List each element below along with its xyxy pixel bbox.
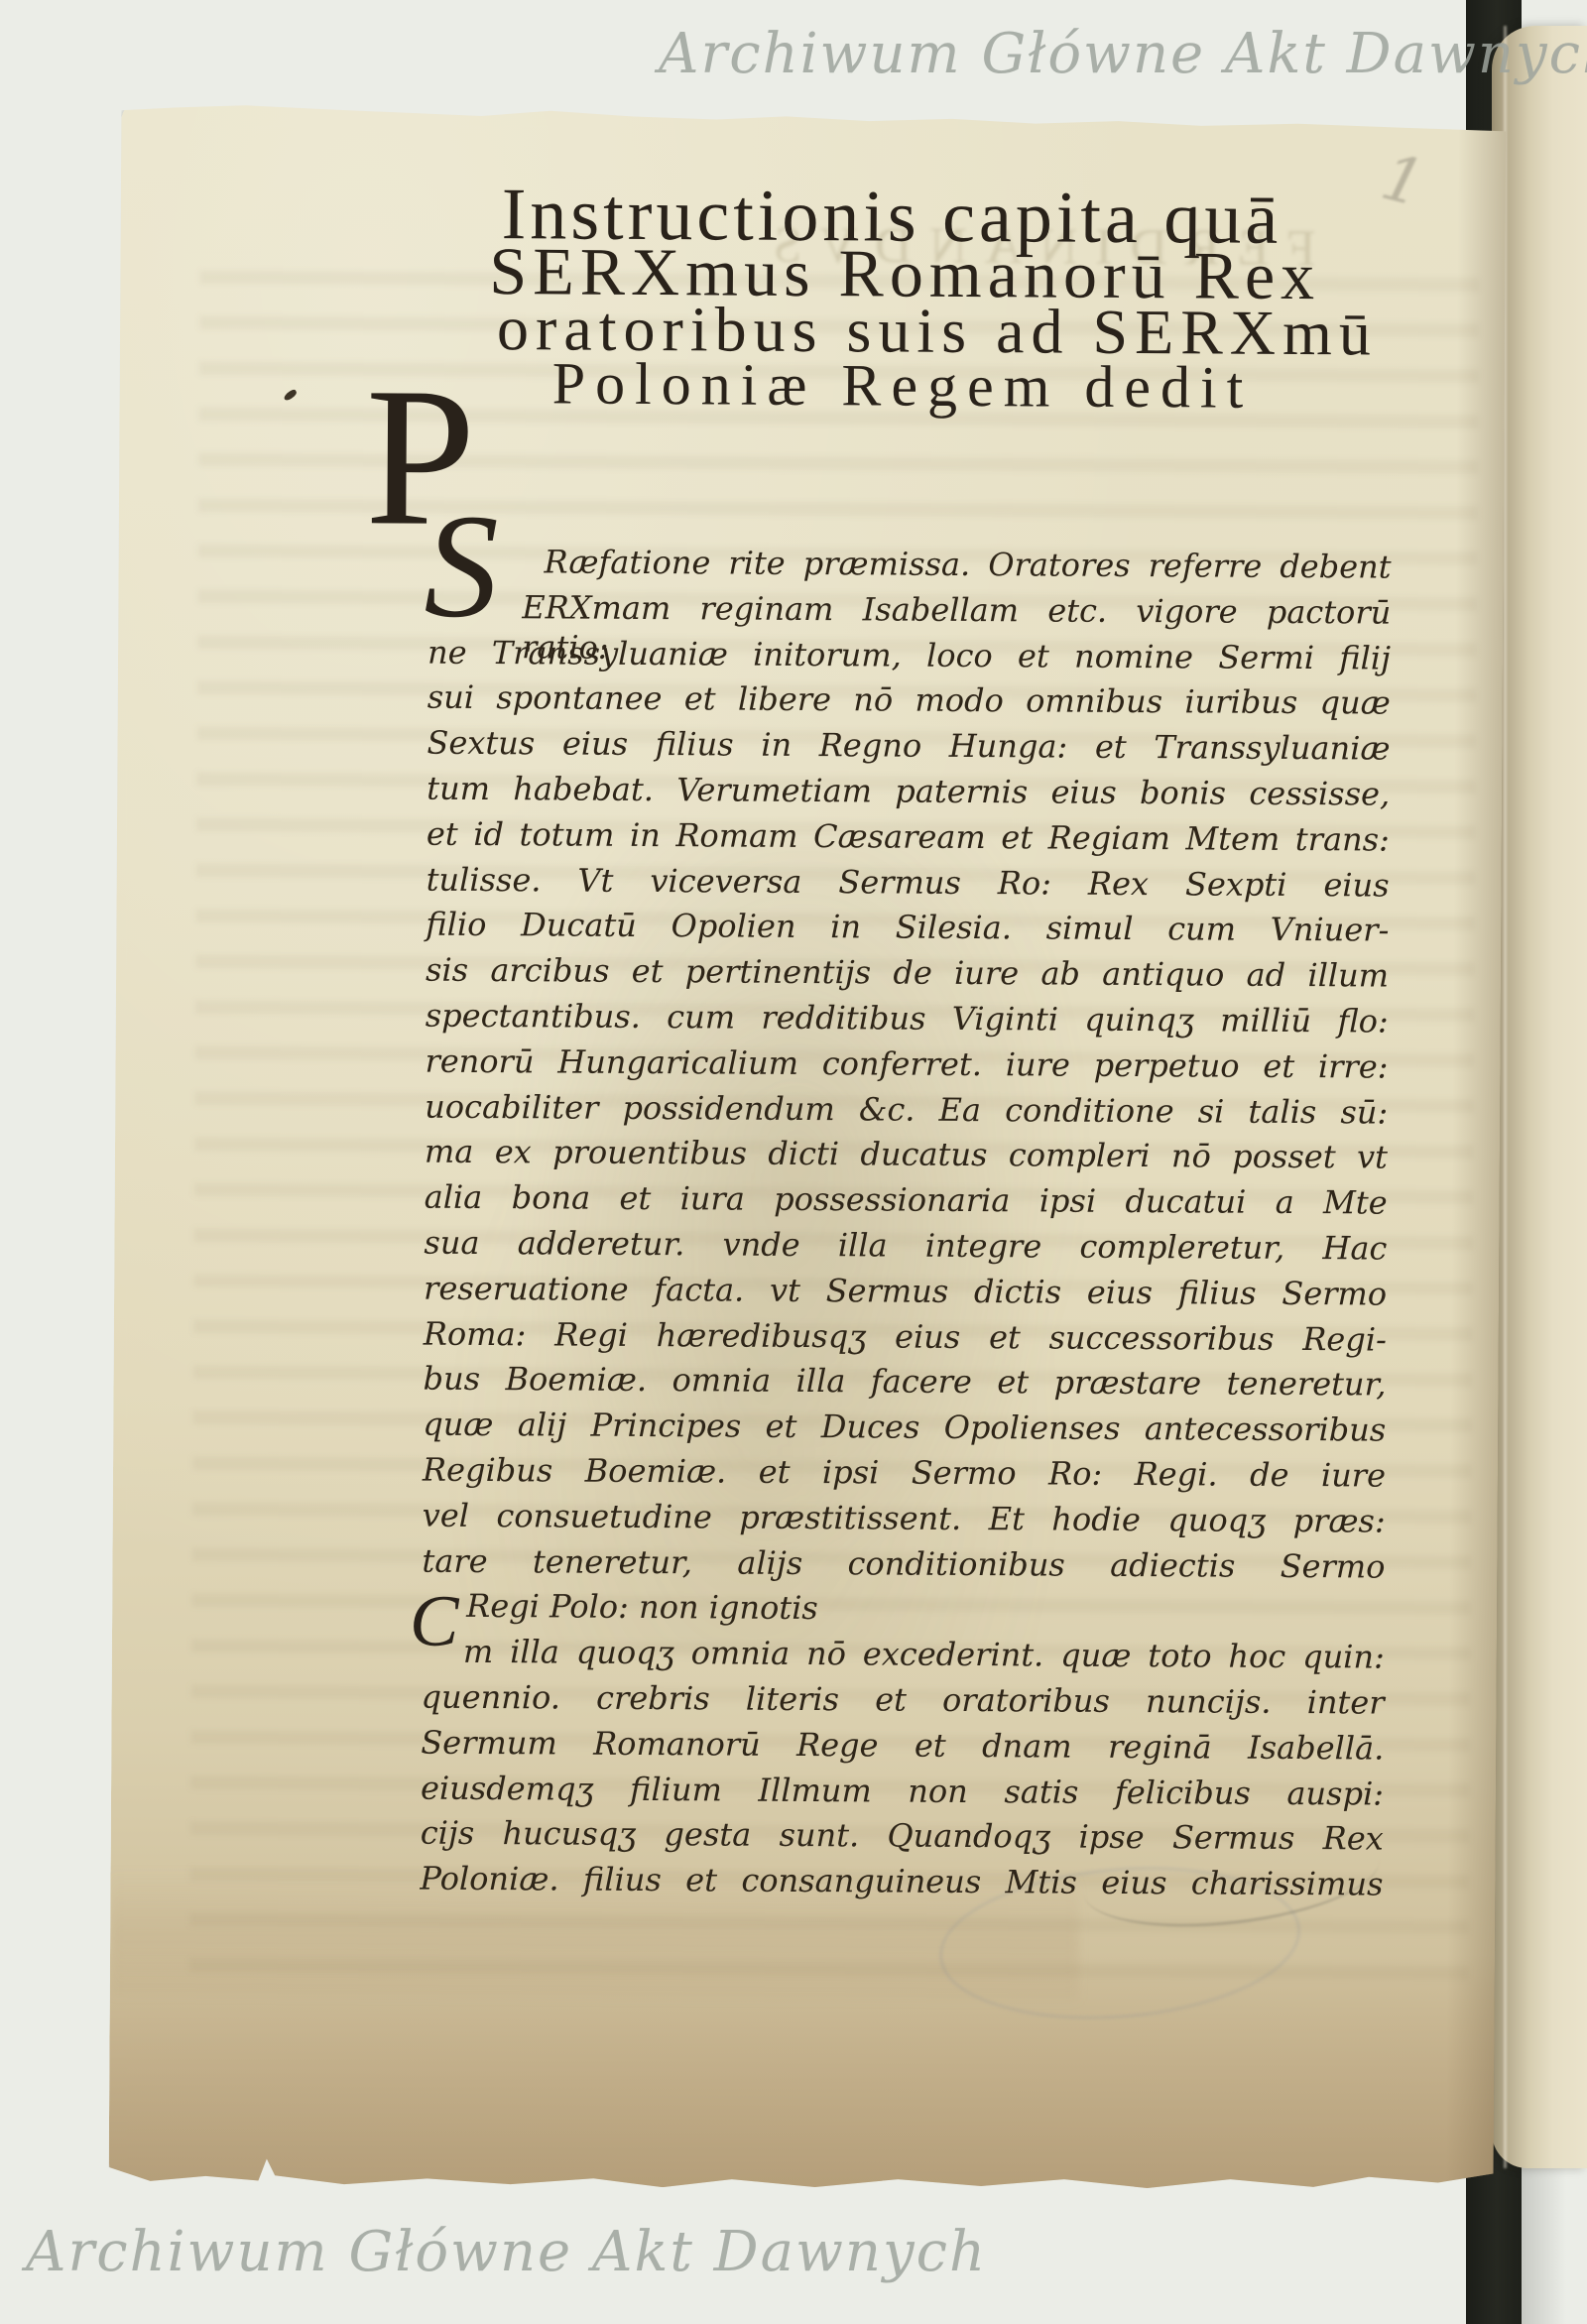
manuscript-line: vel consuetudine præstitissent. Et hodie… [423,1496,1386,1541]
manuscript-line: quæ alij Principes et Duces Opolienses a… [423,1405,1386,1450]
body-text: Ræfatione rite præmissa. Oratores referr… [121,101,1506,110]
archive-scan: FERDINANDVS Instructionis capita quā SER… [0,0,1587,2324]
manuscript-line: cijs hucusqʒ gesta sunt. Quandoqʒ ipse S… [421,1813,1384,1859]
manuscript-line: Sextus eius filius in Regno Hunga: et Tr… [427,723,1390,769]
manuscript-line: tum habebat. Verumetiam paternis eius bo… [427,769,1390,814]
manuscript-line: filio Ducatū Opolien in Silesia. simul c… [426,905,1389,950]
manuscript-line: ma ex prouentibus dicti ducatus compleri… [425,1132,1388,1177]
manuscript-line: bus Boemiæ. omnia illa facere et præstar… [423,1359,1386,1405]
manuscript-line: uocabiliter possidendum &c. Ea condition… [425,1087,1388,1133]
initial-letter-C: C [410,1585,459,1658]
manuscript-line: m illa quoqʒ omnia nō excederint. quæ to… [463,1632,1385,1677]
manuscript-page: FERDINANDVS Instructionis capita quā SER… [109,101,1507,2192]
folio-number-pencil: 1 [1374,141,1431,222]
manuscript-line: Regibus Boemiæ. et ipsi Sermo Ro: Regi. … [423,1450,1386,1496]
manuscript-line: Roma: Regi hæredibusqʒ eius et successor… [424,1314,1387,1360]
manuscript-line: et id totum in Romam Cæsaream et Regiam … [427,814,1390,860]
manuscript-line: Ræfatione rite præmissa. Oratores referr… [544,542,1391,586]
paper-stain-bottom [109,1946,1495,2193]
manuscript-line: sis arcibus et pertinentijs de iure ab a… [426,950,1389,996]
manuscript-line: spectantibus. cum redditibus Viginti qui… [426,996,1389,1041]
manuscript-line: sua adderetur. vnde illa integre compler… [424,1223,1387,1269]
manuscript-line: tulisse. Vt viceversa Sermus Ro: Rex Sex… [427,860,1390,906]
manuscript-line: sui spontanee et libere nō modo omnibus … [427,677,1391,723]
manuscript-line: ne Transsyluaniæ initorum, loco et nomin… [427,633,1391,678]
manuscript-line: Poloniæ. filius et consanguineus Mtis ei… [420,1859,1383,1904]
manuscript-line: Regi Polo: non ignotis [466,1586,818,1628]
next-folio-page [1492,26,1587,2168]
watermark-bottom: Archiwum Główne Akt Dawnych [26,2220,987,2284]
title-line-4: Poloniæ Regem dedit [551,349,1253,422]
manuscript-line: eiusdemqʒ filium Illmum non satis felici… [421,1769,1384,1814]
manuscript-line: reseruatione facta. vt Sermus dictis eiu… [424,1269,1387,1314]
manuscript-line: alia bona et iura possessionaria ipsi du… [425,1177,1388,1223]
watermark-top: Archiwum Główne Akt Dawnych [659,22,1587,86]
manuscript-line: Sermum Romanorū Rege et dnam reginā Isab… [421,1723,1384,1769]
initial-letter-S: S [424,492,499,641]
manuscript-line: renorū Hungaricalium conferret. iure per… [425,1041,1388,1087]
manuscript-line: tare teneretur, alijs conditionibus adie… [422,1541,1385,1587]
manuscript-line: quennio. crebris literis et oratoribus n… [421,1677,1384,1723]
